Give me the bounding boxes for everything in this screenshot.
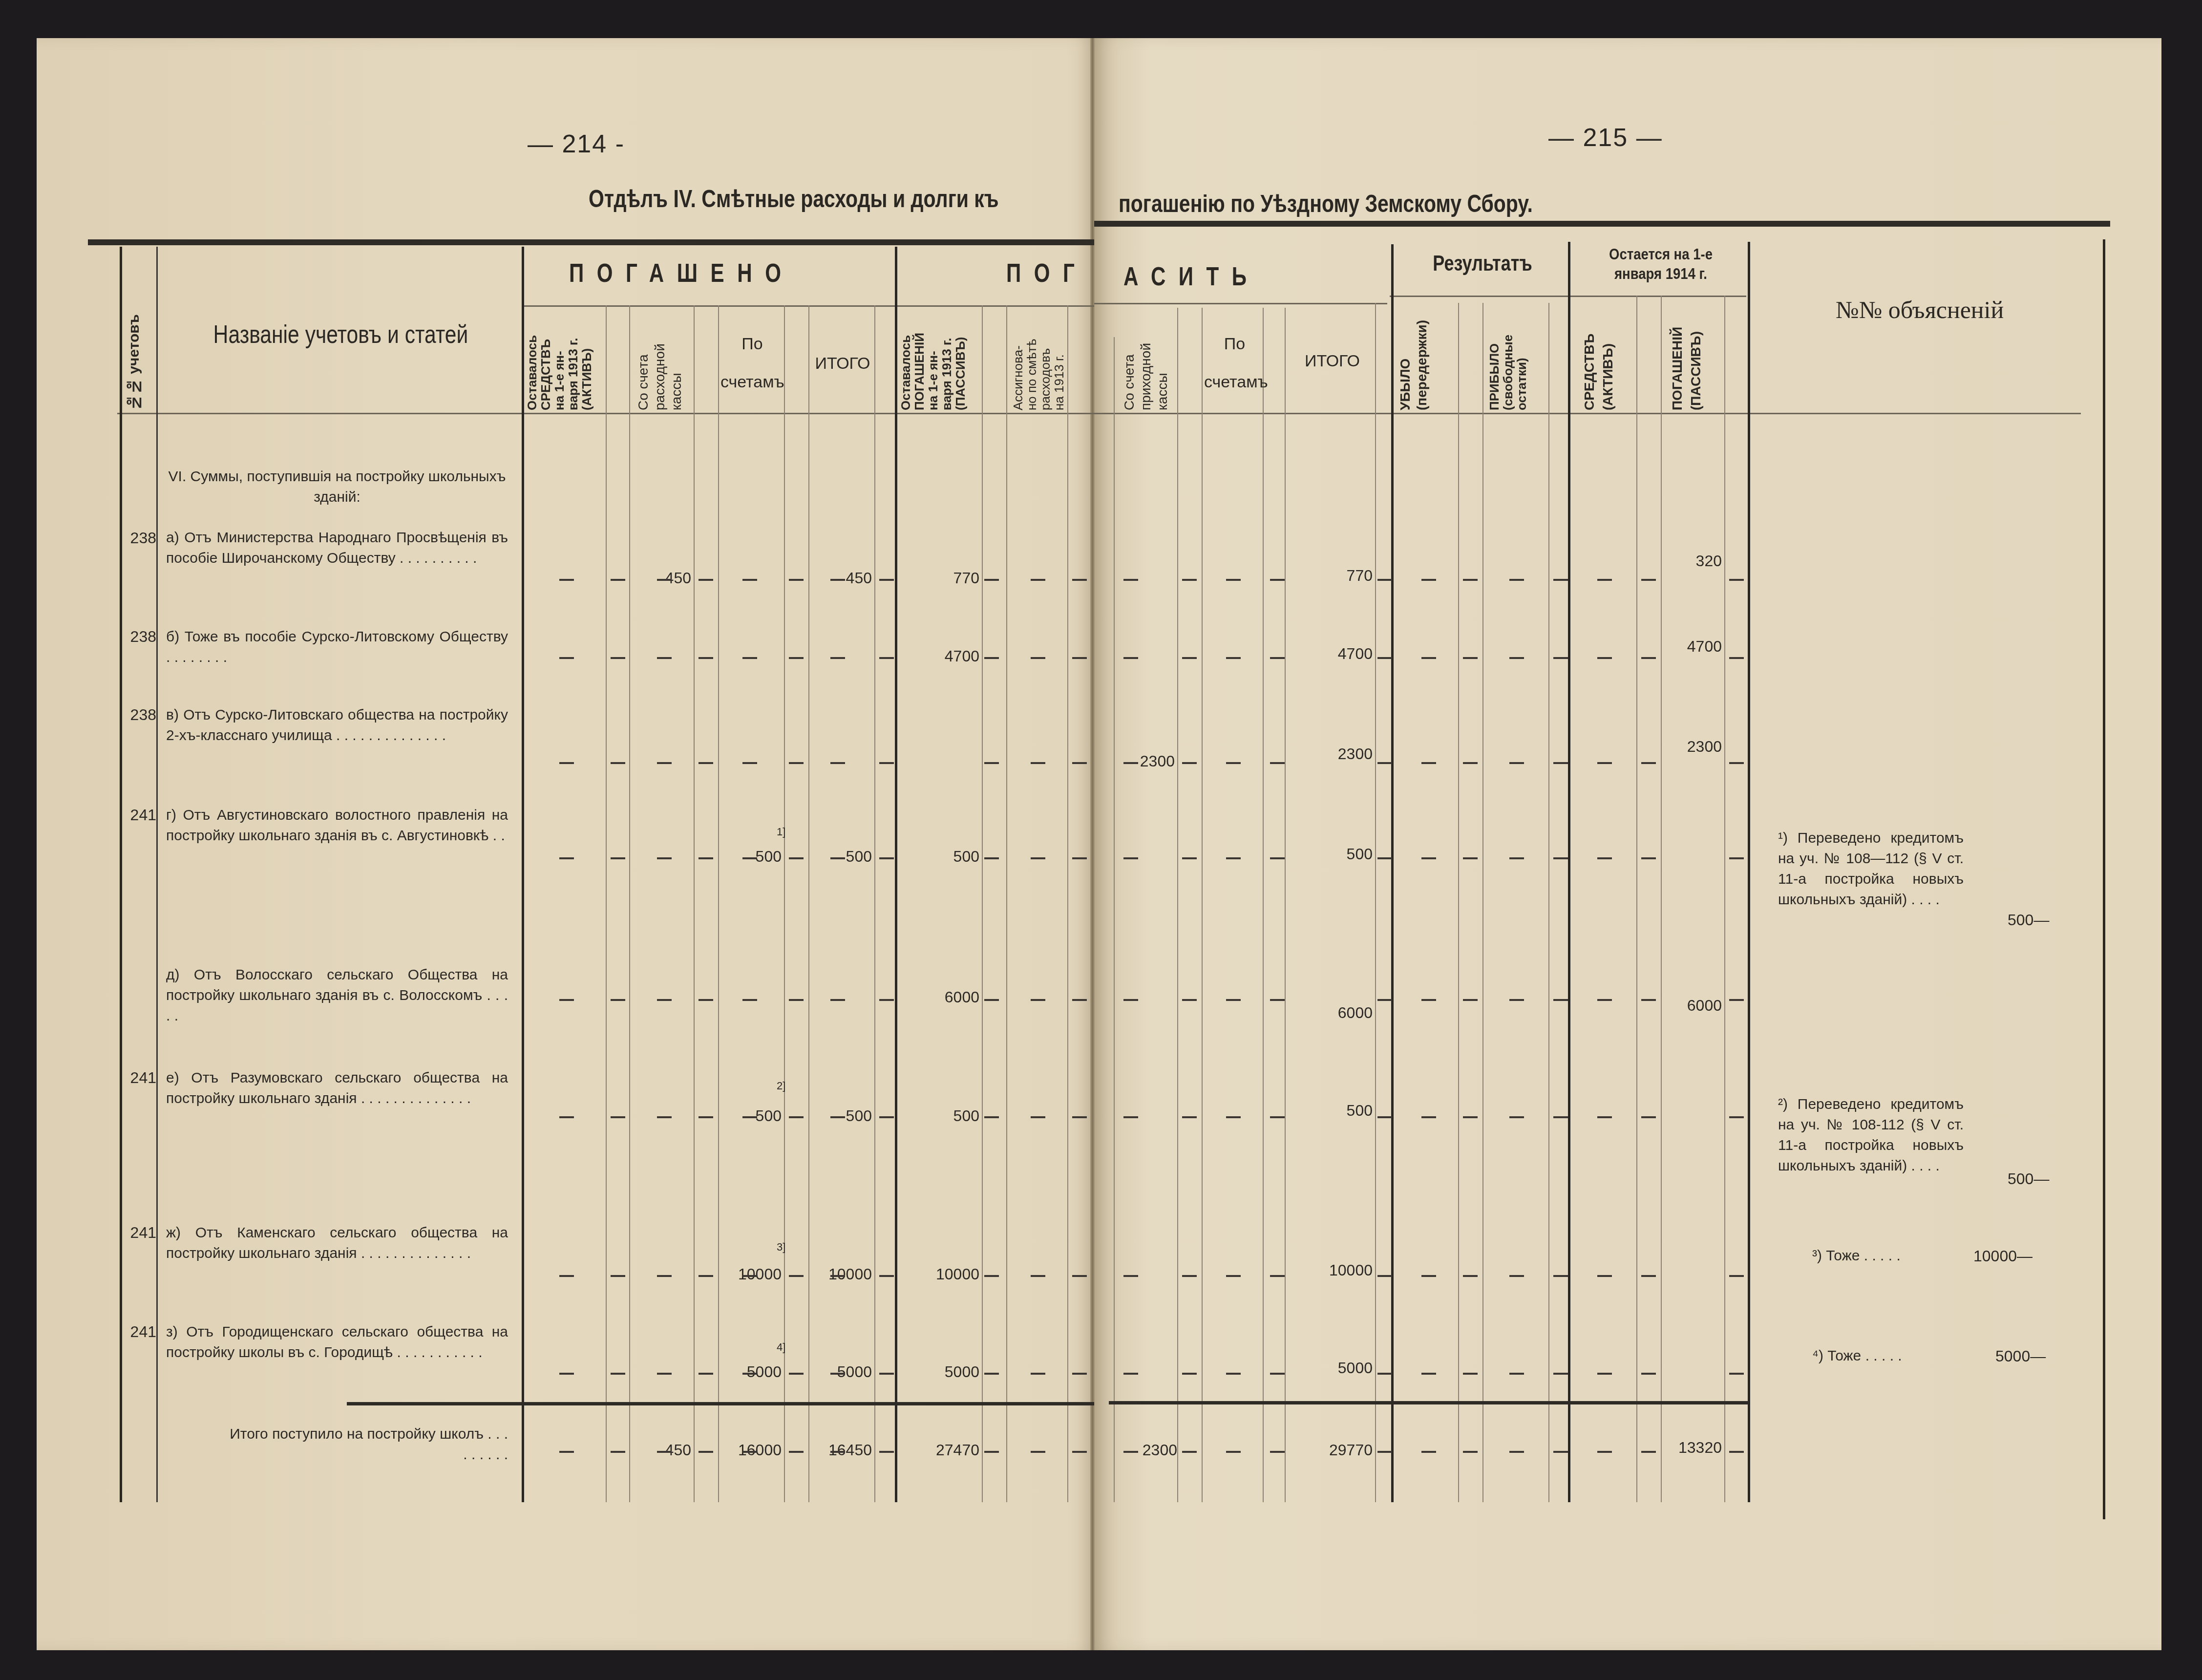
dash-mark — [1553, 657, 1568, 659]
dash-mark — [1463, 1116, 1478, 1118]
dash-mark — [789, 1451, 804, 1453]
dash-mark — [1421, 1275, 1436, 1277]
dash-mark — [699, 579, 713, 581]
dash-mark — [1421, 579, 1436, 581]
dash-mark — [1031, 1373, 1045, 1375]
dash-mark — [1509, 857, 1524, 859]
dash-mark — [1421, 1451, 1436, 1453]
dash-mark — [657, 1116, 672, 1118]
row-a-label: а) Отъ Министерства Народнаго Просвѣщені… — [166, 528, 508, 569]
col-sep-remaining-group — [1748, 242, 1750, 1502]
dash-mark — [611, 762, 625, 764]
row-g-paid-by-accounts: 500 — [723, 848, 782, 866]
dash-mark — [1182, 1116, 1197, 1118]
dash-mark — [742, 1275, 757, 1277]
dash-mark — [1509, 1275, 1524, 1277]
col-sep — [606, 305, 607, 1502]
dash-mark — [1597, 579, 1612, 581]
dash-mark — [830, 579, 845, 581]
dash-mark — [1421, 857, 1436, 859]
dash-mark — [657, 579, 672, 581]
dash-mark — [1463, 1275, 1478, 1277]
dash-mark — [611, 579, 625, 581]
note-1-amount: 500— — [2008, 911, 2049, 929]
dash-mark — [984, 1116, 999, 1118]
dash-mark — [1123, 762, 1138, 764]
dash-mark — [1597, 657, 1612, 659]
dash-mark — [984, 999, 999, 1001]
row-z-topay-remaining: 5000 — [918, 1363, 979, 1381]
dash-mark — [1509, 579, 1524, 581]
note-2-amount: 500— — [2008, 1170, 2049, 1188]
dash-mark — [742, 762, 757, 764]
dash-mark — [699, 1116, 713, 1118]
col-sep — [718, 305, 719, 1502]
row-g-paid-total: 500 — [811, 848, 872, 866]
dash-mark — [699, 857, 713, 859]
dash-mark — [1182, 999, 1197, 1001]
row-d-remaining-liabilities: 6000 — [1661, 997, 1722, 1015]
dash-mark — [559, 1275, 574, 1277]
dash-mark — [699, 762, 713, 764]
dash-mark — [830, 1275, 845, 1277]
col-sep — [1548, 303, 1549, 1502]
dash-mark — [1123, 1116, 1138, 1118]
col-sep — [1263, 308, 1264, 1502]
dash-mark — [789, 579, 804, 581]
row-v-remaining-liabilities: 2300 — [1661, 738, 1722, 756]
dash-mark — [1463, 1373, 1478, 1375]
dash-mark — [1377, 1275, 1392, 1277]
dash-mark — [984, 762, 999, 764]
dash-mark — [1031, 579, 1045, 581]
dash-mark — [1072, 1275, 1087, 1277]
dash-mark — [830, 1451, 845, 1453]
col-sep — [982, 305, 983, 1502]
dash-mark — [830, 857, 845, 859]
dash-mark — [657, 857, 672, 859]
row-zh-account: 241 — [122, 1224, 156, 1242]
dash-mark — [830, 999, 845, 1001]
dash-mark — [984, 857, 999, 859]
table-title-left: Отдѣлъ IV. Смѣтные расходы и долги къ — [589, 185, 999, 213]
dash-mark — [1597, 1275, 1612, 1277]
dash-mark — [699, 1373, 713, 1375]
dash-mark — [1421, 999, 1436, 1001]
row-g-topay-remaining: 500 — [918, 848, 979, 866]
dash-mark — [1072, 1116, 1087, 1118]
note-4-amount: 5000— — [1995, 1347, 2046, 1365]
dash-mark — [984, 1373, 999, 1375]
dash-mark — [1597, 999, 1612, 1001]
col-sep-name — [522, 247, 524, 1502]
dash-mark — [611, 657, 625, 659]
dash-mark — [1641, 579, 1656, 581]
dash-mark — [742, 579, 757, 581]
dash-mark — [1270, 999, 1285, 1001]
dash-mark — [1031, 999, 1045, 1001]
row-a-paid-from-expense: 450 — [635, 569, 691, 587]
dash-mark — [984, 579, 999, 581]
border-left — [120, 247, 122, 1502]
row-e-topay-remaining: 500 — [918, 1107, 979, 1125]
dash-mark — [1072, 579, 1087, 581]
header-account-no: №№ учетовъ — [126, 293, 143, 410]
dash-mark — [1509, 1373, 1524, 1375]
dash-mark — [1123, 579, 1138, 581]
dash-mark — [657, 1373, 672, 1375]
total-rule-left — [347, 1402, 1094, 1405]
dash-mark — [1072, 657, 1087, 659]
row-b-account: 238 — [122, 628, 156, 646]
dash-mark — [742, 1116, 757, 1118]
top-rule-left — [88, 239, 1094, 245]
dash-mark — [1182, 657, 1197, 659]
dash-mark — [1226, 1275, 1241, 1277]
dash-mark — [657, 762, 672, 764]
col-sep — [629, 305, 630, 1502]
dash-mark — [1509, 1451, 1524, 1453]
header-topay-assigned: Ассигнова- но по смѣтѣ расходовъ на 1913… — [1011, 310, 1066, 410]
dash-mark — [1641, 1275, 1656, 1277]
dash-mark — [1641, 1373, 1656, 1375]
dash-mark — [559, 857, 574, 859]
header-topay-from-income: Со счета приходной кассы — [1121, 332, 1171, 410]
dash-mark — [699, 1451, 713, 1453]
dash-mark — [1123, 1275, 1138, 1277]
dash-mark — [1377, 1116, 1392, 1118]
header-name: Названіе учетовъ и статей — [193, 320, 488, 349]
col-sep-account — [156, 247, 158, 1502]
dash-mark — [1421, 1116, 1436, 1118]
dash-mark — [1226, 1373, 1241, 1375]
section-title: VI. Суммы, поступившія на постройку школ… — [166, 467, 508, 508]
dash-mark — [879, 579, 894, 581]
dash-mark — [559, 657, 574, 659]
dash-mark — [1226, 762, 1241, 764]
dash-mark — [1553, 999, 1568, 1001]
total-paid-from-expense: 450 — [635, 1441, 691, 1459]
dash-mark — [1031, 1451, 1045, 1453]
dash-mark — [1270, 857, 1285, 859]
row-g-topay-total: 500 — [1290, 845, 1373, 863]
dash-mark — [1553, 1373, 1568, 1375]
total-rule-right — [1109, 1401, 1749, 1404]
dash-mark — [1270, 1275, 1285, 1277]
row-g-footnote: 1] — [777, 826, 785, 838]
dash-mark — [1421, 657, 1436, 659]
dash-mark — [1509, 999, 1524, 1001]
book-spine — [1090, 38, 1095, 1650]
dash-mark — [789, 1116, 804, 1118]
dash-mark — [1641, 1451, 1656, 1453]
col-sep — [1114, 337, 1115, 1502]
dash-mark — [1729, 762, 1744, 764]
row-a-paid-total: 450 — [811, 569, 872, 587]
dash-mark — [1641, 1116, 1656, 1118]
row-b-label: б) Тоже въ пособіе Сурско-Литовскому Общ… — [166, 627, 508, 668]
dash-mark — [1377, 1373, 1392, 1375]
dash-mark — [742, 1373, 757, 1375]
dash-mark — [1553, 1116, 1568, 1118]
col-sep-topay-group — [1391, 244, 1394, 1502]
dash-mark — [1377, 762, 1392, 764]
note-4: ⁴) Тоже . . . . . — [1812, 1346, 1959, 1366]
dash-mark — [1377, 1451, 1392, 1453]
dash-mark — [789, 999, 804, 1001]
dash-mark — [1553, 1451, 1568, 1453]
dash-mark — [559, 579, 574, 581]
dash-mark — [742, 999, 757, 1001]
row-v-topay-total: 2300 — [1290, 745, 1373, 763]
row-a-account: 238 — [122, 529, 156, 547]
row-z-topay-total: 5000 — [1290, 1359, 1373, 1377]
dash-mark — [699, 657, 713, 659]
dash-mark — [1182, 1275, 1197, 1277]
header-group-remaining: Остается на 1-е января 1914 г. — [1589, 244, 1732, 283]
row-e-label: е) Отъ Разумовскаго сельскаго общества н… — [166, 1068, 508, 1109]
dash-mark — [611, 1373, 625, 1375]
dash-mark — [1463, 579, 1478, 581]
dash-mark — [1641, 857, 1656, 859]
total-label: Итого поступило на постройку школъ . . .… — [225, 1424, 508, 1465]
page-number-left: — 214 - — [528, 129, 625, 159]
dash-mark — [611, 999, 625, 1001]
dash-mark — [1463, 657, 1478, 659]
dash-mark — [1463, 999, 1478, 1001]
dash-mark — [1226, 657, 1241, 659]
dash-mark — [1031, 1275, 1045, 1277]
row-zh-label: ж) Отъ Каменскаго сельскаго общества на … — [166, 1223, 508, 1264]
dash-mark — [1226, 1451, 1241, 1453]
total-topay-from-income: 2300 — [1119, 1441, 1177, 1459]
dash-mark — [1597, 762, 1612, 764]
dash-mark — [1123, 1451, 1138, 1453]
col-sep — [1482, 303, 1483, 1502]
dash-mark — [1641, 762, 1656, 764]
col-sep — [1006, 305, 1007, 1502]
dash-mark — [1182, 762, 1197, 764]
dash-mark — [657, 999, 672, 1001]
dash-mark — [1182, 1451, 1197, 1453]
header-result-gain: ПРИБЫЛО (свободные остатки) — [1487, 300, 1528, 410]
col-sep — [1285, 308, 1286, 1502]
header-topay-by-accounts: По счетамъ — [1204, 335, 1265, 392]
note-3-amount: 10000— — [1973, 1247, 2033, 1265]
dash-mark — [1641, 999, 1656, 1001]
dash-mark — [559, 1116, 574, 1118]
dash-mark — [1463, 857, 1478, 859]
row-e-account: 241 — [122, 1069, 156, 1087]
dash-mark — [1729, 857, 1744, 859]
total-remaining-liabilities: 13320 — [1661, 1439, 1722, 1457]
header-bottom-rule-right — [1094, 413, 2081, 414]
dash-mark — [879, 1275, 894, 1277]
dash-mark — [1597, 1373, 1612, 1375]
dash-mark — [1270, 657, 1285, 659]
dash-mark — [1509, 657, 1524, 659]
row-b-topay-total: 4700 — [1290, 645, 1373, 663]
total-paid-by-accounts: 16000 — [723, 1441, 782, 1459]
dash-mark — [1729, 579, 1744, 581]
subheader-rule-right — [1094, 303, 1387, 304]
col-sep — [1177, 308, 1178, 1502]
dash-mark — [1729, 657, 1744, 659]
col-sep — [1724, 296, 1725, 1502]
dash-mark — [789, 1275, 804, 1277]
dash-mark — [1729, 999, 1744, 1001]
row-b-remaining-liabilities: 4700 — [1661, 638, 1722, 656]
dash-mark — [1377, 579, 1392, 581]
dash-mark — [789, 1373, 804, 1375]
dash-mark — [1377, 999, 1392, 1001]
dash-mark — [879, 762, 894, 764]
dash-mark — [1270, 579, 1285, 581]
dash-mark — [1553, 857, 1568, 859]
row-z-label: з) Отъ Городищенскаго сельскаго общества… — [166, 1322, 508, 1363]
dash-mark — [984, 1451, 999, 1453]
header-paid-remaining-funds: Оставалось СРЕДСТВЪ на 1-е ян- варя 1913… — [525, 310, 593, 410]
dash-mark — [1270, 1116, 1285, 1118]
dash-mark — [1226, 999, 1241, 1001]
dash-mark — [1377, 857, 1392, 859]
dash-mark — [1729, 1373, 1744, 1375]
row-b-topay-remaining: 4700 — [918, 647, 979, 665]
row-g-account: 241 — [122, 806, 156, 824]
dash-mark — [742, 657, 757, 659]
dash-mark — [1031, 857, 1045, 859]
dash-mark — [1072, 999, 1087, 1001]
header-topay-total: ИТОГО — [1290, 352, 1375, 371]
col-sep — [1375, 303, 1376, 1502]
total-paid-total: 16450 — [811, 1441, 872, 1459]
dash-mark — [611, 1116, 625, 1118]
total-topay-remaining: 27470 — [918, 1441, 979, 1459]
dash-mark — [1729, 1451, 1744, 1453]
row-z-footnote: 4] — [777, 1341, 785, 1354]
dash-mark — [984, 1275, 999, 1277]
dash-mark — [1123, 999, 1138, 1001]
dash-mark — [1182, 1373, 1197, 1375]
row-zh-topay-total: 10000 — [1290, 1261, 1373, 1279]
dash-mark — [1123, 857, 1138, 859]
dash-mark — [1226, 579, 1241, 581]
dash-mark — [611, 1451, 625, 1453]
dash-mark — [611, 1275, 625, 1277]
dash-mark — [559, 999, 574, 1001]
header-group-paid: ПОГАШЕНО — [569, 258, 794, 288]
dash-mark — [1553, 762, 1568, 764]
row-zh-footnote: 3] — [777, 1241, 785, 1254]
col-sep — [874, 305, 875, 1502]
dash-mark — [1641, 657, 1656, 659]
dash-mark — [1123, 1373, 1138, 1375]
dash-mark — [789, 657, 804, 659]
dash-mark — [830, 1373, 845, 1375]
header-paid-from-expense: Со счета расходной кассы — [635, 318, 685, 410]
dash-mark — [657, 1451, 672, 1453]
row-v-account: 238 — [122, 706, 156, 724]
header-remaining-funds: СРЕДСТВЪ (АКТИВЪ) — [1580, 308, 1617, 410]
dash-mark — [1377, 657, 1392, 659]
dash-mark — [1182, 857, 1197, 859]
dash-mark — [1270, 1451, 1285, 1453]
header-explanations: №№ объясненій — [1778, 296, 2061, 324]
dash-mark — [1031, 1116, 1045, 1118]
dash-mark — [879, 857, 894, 859]
dash-mark — [1729, 1116, 1744, 1118]
row-zh-paid-total: 10000 — [811, 1265, 872, 1283]
row-z-paid-by-accounts: 5000 — [723, 1363, 782, 1381]
header-group-result: Результатъ — [1417, 252, 1549, 276]
dash-mark — [657, 1275, 672, 1277]
note-3: ³) Тоже . . . . . — [1812, 1246, 1959, 1266]
dash-mark — [879, 999, 894, 1001]
col-sep — [1661, 296, 1662, 1502]
border-right — [2103, 239, 2105, 1519]
total-topay-total: 29770 — [1290, 1441, 1373, 1459]
dash-mark — [1226, 1116, 1241, 1118]
dash-mark — [879, 1116, 894, 1118]
dash-mark — [1072, 1451, 1087, 1453]
dash-mark — [559, 1451, 574, 1453]
dash-mark — [657, 657, 672, 659]
table-title-right: погашенію по Уѣздному Земскому Сбору. — [1119, 190, 1533, 218]
dash-mark — [830, 657, 845, 659]
col-sep — [1636, 296, 1637, 1502]
row-v-topay-from-income: 2300 — [1116, 752, 1175, 770]
header-group-topay-part2: АСИТЬ — [1123, 261, 1260, 292]
dash-mark — [1182, 579, 1197, 581]
dash-mark — [1597, 857, 1612, 859]
dash-mark — [1597, 1116, 1612, 1118]
dash-mark — [1729, 1275, 1744, 1277]
dash-mark — [559, 1373, 574, 1375]
dash-mark — [611, 857, 625, 859]
header-paid-total: ИТОГО — [811, 354, 874, 373]
dash-mark — [789, 857, 804, 859]
dash-mark — [830, 762, 845, 764]
row-zh-topay-remaining: 10000 — [918, 1265, 979, 1283]
dash-mark — [699, 1275, 713, 1277]
row-z-paid-total: 5000 — [811, 1363, 872, 1381]
dash-mark — [742, 1451, 757, 1453]
col-sep — [694, 305, 695, 1502]
row-e-topay-total: 500 — [1290, 1102, 1373, 1120]
row-zh-paid-by-accounts: 10000 — [723, 1265, 782, 1283]
note-1: ¹) Переведено кредитомъ на уч. № 108—112… — [1778, 828, 1964, 910]
row-e-footnote: 2] — [777, 1080, 785, 1092]
dash-mark — [1463, 762, 1478, 764]
row-a-remaining-liabilities: 320 — [1661, 552, 1722, 570]
dash-mark — [879, 1373, 894, 1375]
dash-mark — [1031, 657, 1045, 659]
dash-mark — [1226, 857, 1241, 859]
row-g-label: г) Отъ Августиновскаго волостного правле… — [166, 805, 508, 846]
dash-mark — [1421, 1373, 1436, 1375]
dash-mark — [699, 999, 713, 1001]
row-d-label: д) Отъ Волосскаго сельскаго Общества на … — [166, 965, 508, 1026]
col-sep — [1458, 303, 1459, 1502]
dash-mark — [559, 762, 574, 764]
dash-mark — [1123, 657, 1138, 659]
dash-mark — [1270, 762, 1285, 764]
dash-mark — [1031, 762, 1045, 764]
header-result-loss: УБЫЛО (передержки) — [1397, 300, 1430, 410]
dash-mark — [984, 657, 999, 659]
dash-mark — [830, 1116, 845, 1118]
dash-mark — [789, 762, 804, 764]
